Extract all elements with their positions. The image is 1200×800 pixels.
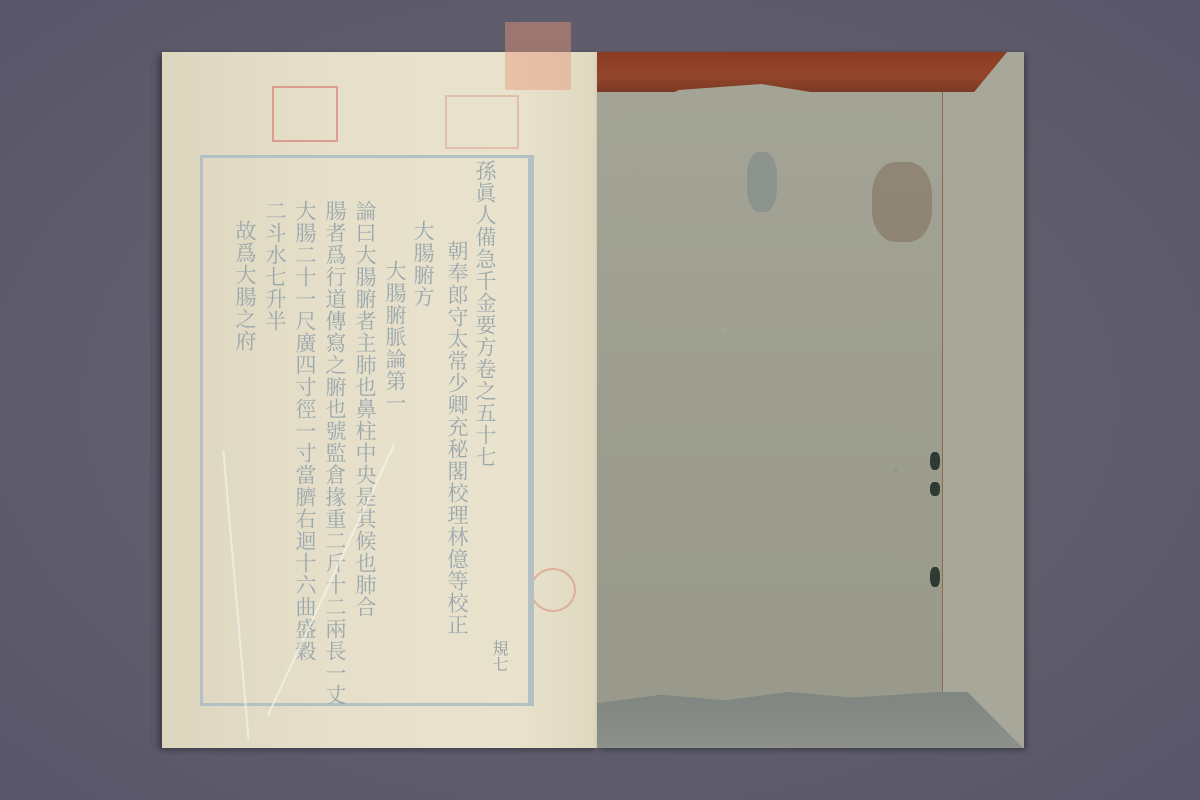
text-column-body-1: 論曰大腸腑者主肺也鼻柱中央是其候也肺合 [353, 200, 377, 618]
text-column-body-5: 故爲大腸之府 [233, 220, 257, 352]
text-column-body-2: 腸者爲行道傳寫之腑也號監倉掾重二斤十二兩長一丈 [323, 200, 347, 706]
cover-stain [872, 162, 932, 242]
print-text-block: 孫眞人備急千金要方卷之五十七 朝奉郎守太常少卿充秘閣校理林億等校正 大腸腑方 大… [205, 160, 520, 695]
text-column-title: 孫眞人備急千金要方卷之五十七 [473, 160, 497, 468]
book-cover-inside [597, 52, 1023, 748]
cover-stain [930, 482, 940, 496]
red-seal-round [530, 568, 576, 612]
cover-fold-bottom [597, 692, 1023, 748]
red-seal-faint [445, 95, 519, 149]
cover-stain [930, 567, 940, 587]
cover-stain [747, 152, 777, 212]
text-column-section: 大腸腑方 [411, 220, 435, 308]
text-column-chapter: 大腸腑脈論第一 [383, 260, 407, 414]
text-column-body-3: 大腸二十一尺廣四寸徑一寸當臍右迴十六曲盛穀 [293, 200, 317, 662]
cover-stain [930, 452, 940, 470]
cover-red-band [597, 52, 1007, 92]
text-column-body-4: 二斗水七升半 [263, 200, 287, 332]
cover-fold-right [942, 52, 1024, 748]
red-seal-top [505, 22, 571, 90]
red-seal-square [272, 86, 338, 142]
text-column-editors: 朝奉郎守太常少卿充秘閣校理林億等校正 [445, 240, 469, 636]
page-number: 規七 [488, 640, 511, 672]
